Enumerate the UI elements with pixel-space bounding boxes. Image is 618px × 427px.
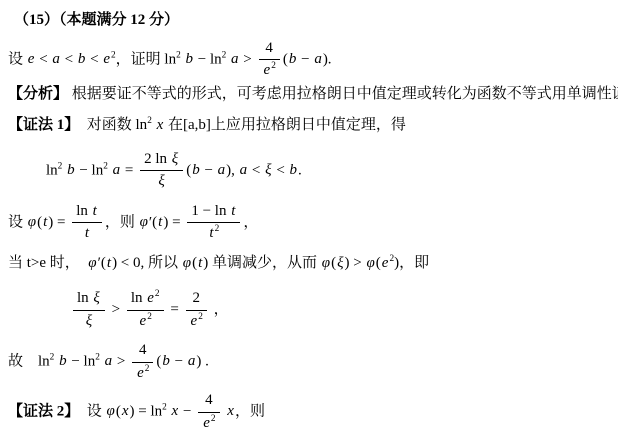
- conclusion-statement: 故 ln2 b − ln2 a > 4e2(b − a) .: [8, 341, 614, 383]
- analysis-paragraph: 【分析】 根据要证不等式的形式，可考虑用拉格朗日中值定理或转化为函数不等式用单调…: [8, 85, 614, 105]
- fraction: 2 ln ξξ: [140, 150, 183, 192]
- fraction: 4e2: [259, 39, 280, 81]
- math-solution-document: （15）（本题满分 12 分） 设 e < a < b < e2，证明 ln2 …: [0, 0, 618, 427]
- fraction: 4e2: [198, 391, 219, 427]
- formula-phi-definition: 设 φ(t) = ln tt，则 φ′(t) = 1 − ln tt2，: [8, 202, 614, 244]
- formula-inequality-chain: ln ξξ > ln e2e2 = 2e2 ，: [70, 289, 614, 331]
- fraction: ln ξξ: [73, 289, 105, 331]
- monotonicity-statement: 当 t>e 时， φ′(t) < 0, 所以 φ(t) 单调减少，从而 φ(ξ)…: [8, 254, 614, 274]
- fraction: 1 − ln tt2: [187, 202, 240, 244]
- fraction: 2e2: [186, 289, 207, 331]
- fraction: ln e2e2: [127, 289, 164, 331]
- method2-heading: 【证法 2】 设 φ(x) = ln2 x − 4e2 x，则: [8, 391, 614, 427]
- method1-heading: 【证法 1】 对函数 ln2 x 在[a,b]上应用拉格朗日中值定理，得: [8, 116, 614, 136]
- fraction: 4e2: [132, 341, 153, 383]
- formula-lagrange-mvt: ln2 b − ln2 a = 2 ln ξξ(b − a), a < ξ < …: [46, 150, 614, 192]
- problem-statement: 设 e < a < b < e2，证明 ln2 b − ln2 a > 4e2(…: [8, 39, 614, 81]
- problem-number-heading: （15）（本题满分 12 分）: [14, 11, 614, 31]
- fraction: ln tt: [72, 202, 102, 244]
